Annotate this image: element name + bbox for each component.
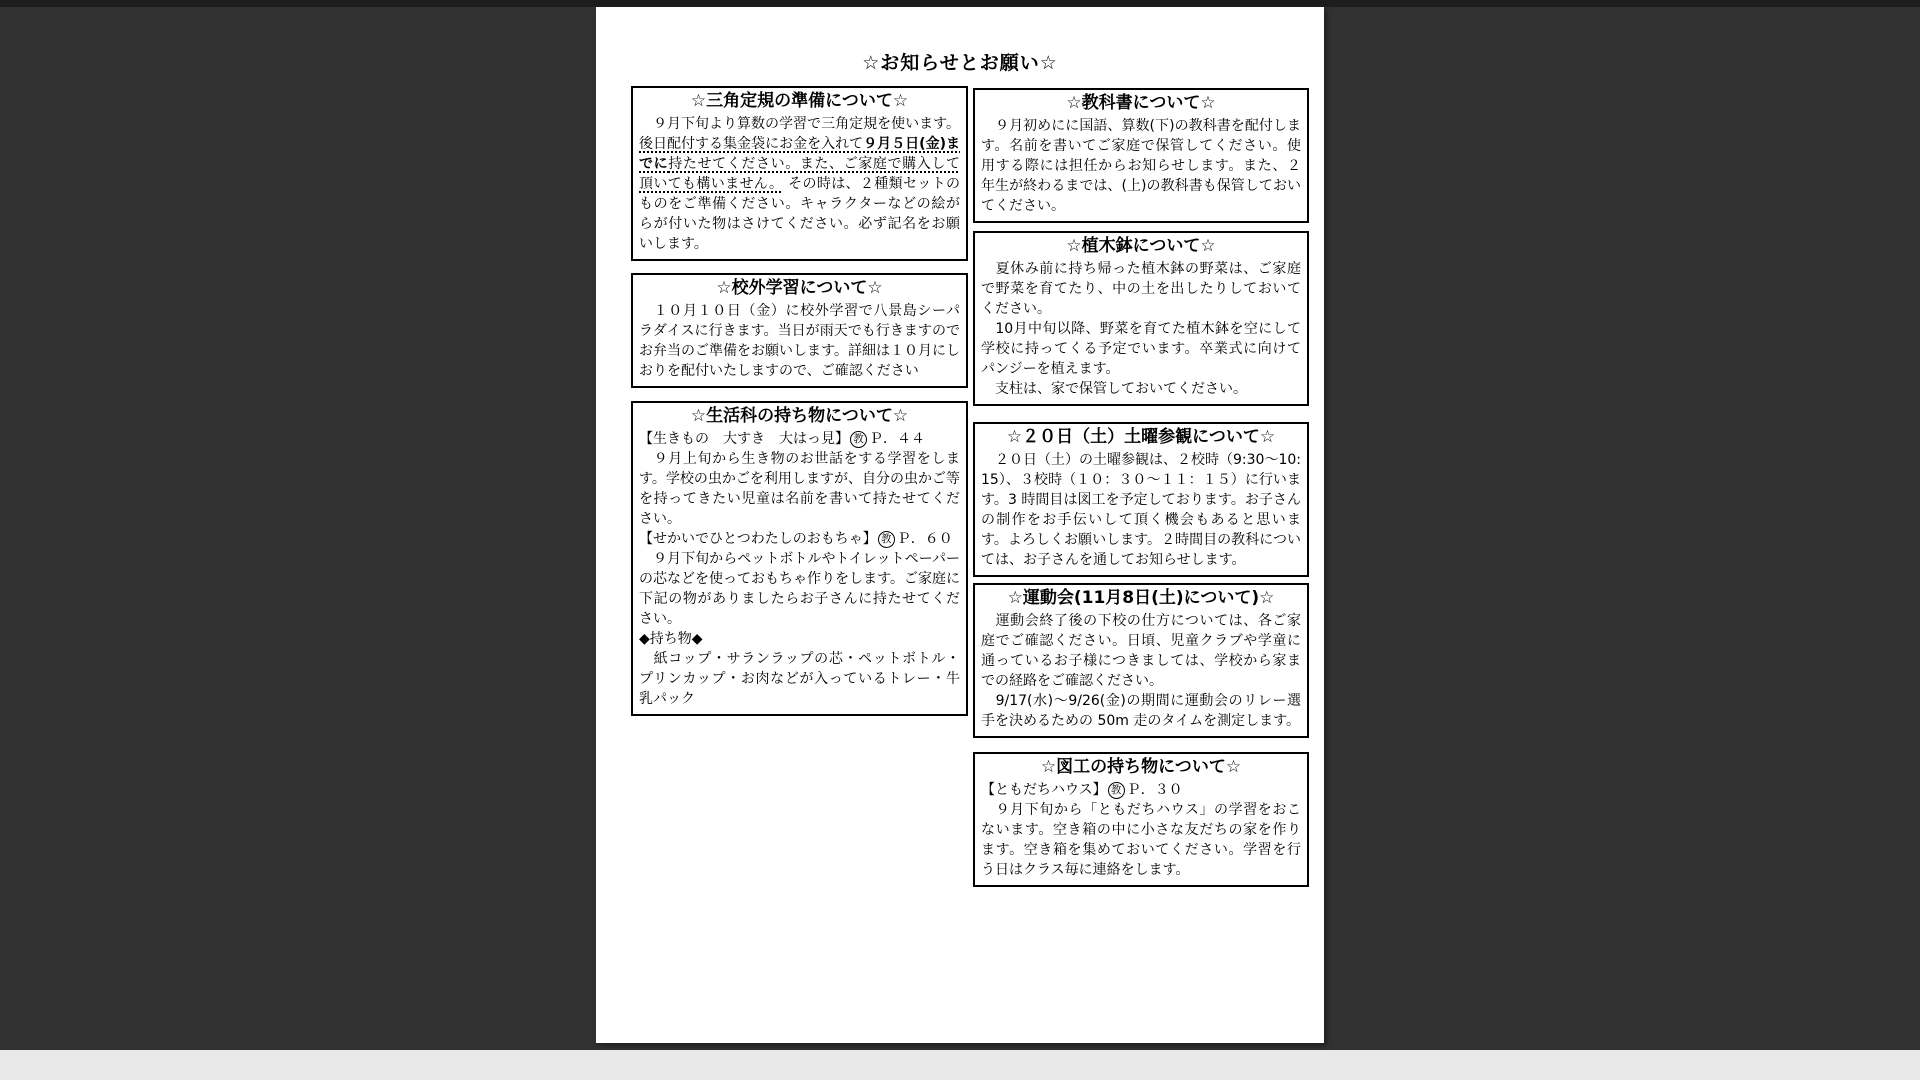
bottom-bar: [0, 1050, 1920, 1080]
circled-kanji-textbook: 教: [850, 431, 867, 448]
unit-page: Ｐ．４４: [869, 431, 925, 447]
notice-box-arts-crafts-items: ☆図工の持ち物について☆ 【ともだちハウス】教Ｐ．３０ ９月下旬から「ともだちハ…: [973, 752, 1309, 887]
box-title: ☆植木鉢について☆: [981, 235, 1301, 258]
box-title: ☆２０日（土）土曜参観について☆: [981, 426, 1301, 449]
unit-page: Ｐ．３０: [1127, 782, 1183, 798]
circled-kanji-textbook: 教: [878, 531, 895, 548]
unit-page: Ｐ．６０: [897, 531, 953, 547]
box-title: ☆三角定規の準備について☆: [639, 90, 960, 113]
items-list: 紙コップ・サランラップの芯・ペットボトル・プリンカップ・お肉などが入っているトレ…: [639, 649, 960, 709]
box-body: 夏休み前に持ち帰った植木鉢の野菜は、ご家庭で野菜を育てたり、中の土を出したりして…: [981, 259, 1301, 319]
box-body: 支柱は、家で保管しておいてください。: [981, 379, 1301, 399]
page-title: ☆お知らせとお願い☆: [596, 48, 1324, 75]
notice-box-saturday-observation: ☆２０日（土）土曜参観について☆ ２０日（土）の土曜参観は、２校時（9:30～1…: [973, 422, 1309, 577]
notice-box-triangle-ruler: ☆三角定規の準備について☆ ９月下旬より算数の学習で三角定規を使います。後日配付…: [631, 86, 968, 261]
unit-heading: 【生きもの 大すき 大はっ見】教Ｐ．４４: [639, 429, 960, 449]
right-column: ☆教科書について☆ ９月初めにに国語、算数(下)の教科書を配付します。名前を書い…: [973, 88, 1309, 887]
box-body: 10月中旬以降、野菜を育てた植木鉢を空にして学校に持ってくる予定でいます。卒業式…: [981, 319, 1301, 379]
notice-box-field-trip: ☆校外学習について☆ １０月１０日（金）に校外学習で八景島シーパラダイスに行きま…: [631, 273, 968, 388]
box-body: 9/17(水)～9/26(金)の期間に運動会のリレー選手を決めるための 50m …: [981, 691, 1301, 731]
box-title: ☆校外学習について☆: [639, 277, 960, 300]
box-body: ９月初めにに国語、算数(下)の教科書を配付します。名前を書いてご家庭で保管してく…: [981, 116, 1301, 216]
items-label: ◆持ち物◆: [639, 629, 960, 649]
unit-name: 【生きもの 大すき 大はっ見】: [639, 431, 849, 447]
unit-name: 【せかいでひとつわたしのおもちゃ】: [639, 531, 877, 547]
notice-box-flower-pots: ☆植木鉢について☆ 夏休み前に持ち帰った植木鉢の野菜は、ご家庭で野菜を育てたり、…: [973, 231, 1309, 406]
circled-kanji-textbook: 教: [1108, 782, 1125, 799]
top-window-edge: [0, 0, 1920, 7]
box-body: ２０日（土）の土曜参観は、２校時（9:30～10:15）、３校時（１０：３０～１…: [981, 450, 1301, 570]
box-body: ９月下旬から「ともだちハウス」の学習をおこないます。空き箱の中に小さな友だちの家…: [981, 800, 1301, 880]
box-title: ☆生活科の持ち物について☆: [639, 405, 960, 428]
left-column: ☆三角定規の準備について☆ ９月下旬より算数の学習で三角定規を使います。後日配付…: [631, 86, 968, 716]
text-plain: ９月下旬より算数の学習で三角定規を使います。: [639, 116, 960, 132]
notice-box-textbooks: ☆教科書について☆ ９月初めにに国語、算数(下)の教科書を配付します。名前を書い…: [973, 88, 1309, 223]
document-page: ☆お知らせとお願い☆ ☆三角定規の準備について☆ ９月下旬より算数の学習で三角定…: [596, 7, 1324, 1043]
unit-name: 【ともだちハウス】: [981, 782, 1107, 798]
unit-heading: 【せかいでひとつわたしのおもちゃ】教Ｐ．６０: [639, 529, 960, 549]
box-title: ☆図工の持ち物について☆: [981, 756, 1301, 779]
text-underlined: 後日配付する集金袋にお金を入れて: [639, 136, 863, 152]
box-body: １０月１０日（金）に校外学習で八景島シーパラダイスに行きます。当日が雨天でも行き…: [639, 301, 960, 381]
unit-heading: 【ともだちハウス】教Ｐ．３０: [981, 780, 1301, 800]
box-title: ☆教科書について☆: [981, 92, 1301, 115]
viewer-screen: ☆お知らせとお願い☆ ☆三角定規の準備について☆ ９月下旬より算数の学習で三角定…: [0, 0, 1920, 1080]
box-title: ☆運動会(11月8日(土)について)☆: [981, 587, 1301, 610]
box-body: ９月上旬から生き物のお世話をする学習をします。学校の虫かごを利用しますが、自分の…: [639, 449, 960, 529]
notice-box-sports-day: ☆運動会(11月8日(土)について)☆ 運動会終了後の下校の仕方については、各ご…: [973, 583, 1309, 738]
box-body: ９月下旬より算数の学習で三角定規を使います。後日配付する集金袋にお金を入れて９月…: [639, 114, 960, 254]
box-body: 運動会終了後の下校の仕方については、各ご家庭でご確認ください。日頃、児童クラブや…: [981, 611, 1301, 691]
box-body: ９月下旬からペットボトルやトイレットペーパーの芯などを使っておもちゃ作りをします…: [639, 549, 960, 629]
notice-box-life-studies-items: ☆生活科の持ち物について☆ 【生きもの 大すき 大はっ見】教Ｐ．４４ ９月上旬か…: [631, 401, 968, 716]
